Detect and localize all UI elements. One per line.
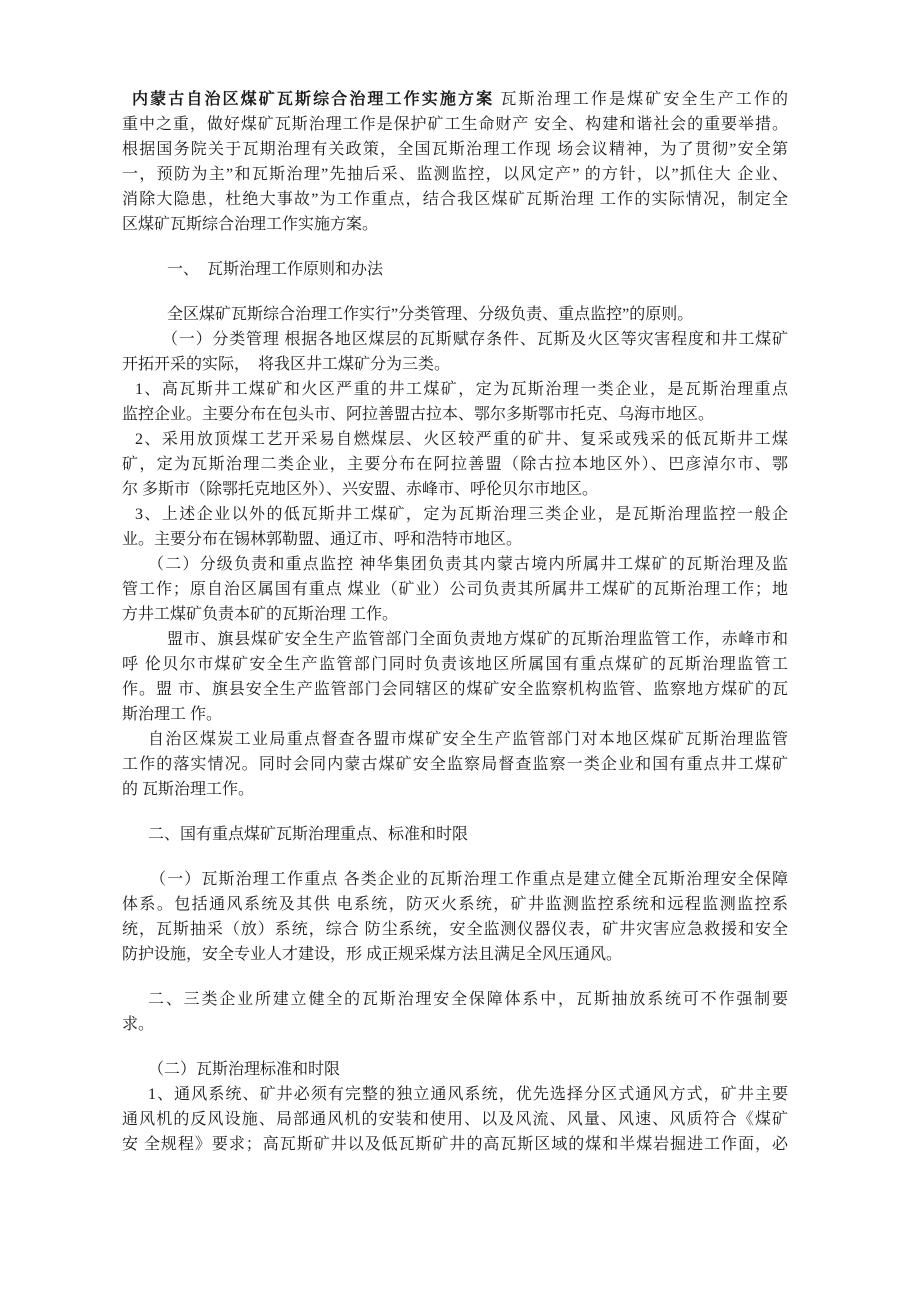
paragraph-coal-bureau: 自治区煤炭工业局重点督查各盟市煤矿安全生产监管部门对本地区煤矿瓦斯治理监管 工作… — [122, 727, 788, 802]
text-line: （二）分级负责和重点监控 神华集团负责其内蒙古境内所属井工煤矿的瓦斯治理及监 — [122, 552, 788, 577]
text-line: （一）分类管理 根据各地区煤层的瓦斯赋存条件、瓦斯及火区等灾害程度和井工煤矿 — [122, 327, 788, 352]
paragraph-ventilation: 1、通风系统、矿井必须有完整的独立通风系统，优先选择分区式通风方式，矿井主要 通… — [122, 1082, 788, 1157]
paragraph-class-2: 2、采用放顶煤工艺开采易自燃煤层、火区较严重的矿井、复采或残采的低瓦斯井工煤 矿… — [122, 427, 788, 502]
text-line: 开拓开采的实际， 将我区井工煤矿分为三类。 — [122, 352, 788, 377]
text-line: 3、上述企业以外的低瓦斯井工煤矿，定为瓦斯治理三类企业，是瓦斯治理监控一般企 — [122, 502, 788, 527]
paragraph-class3-exception: 二、三类企业所建立健全的瓦斯治理安全保障体系中，瓦斯抽放系统可不作强制要 求。 — [122, 987, 788, 1037]
paragraph-intro: 内蒙古自治区煤矿瓦斯综合治理工作实施方案 瓦斯治理工作是煤矿安全生产工作的 重中… — [122, 87, 788, 237]
title-line: 内蒙古自治区煤矿瓦斯综合治理工作实施方案 瓦斯治理工作是煤矿安全生产工作的 — [122, 87, 788, 112]
text-line: 斯治理工 作。 — [122, 702, 788, 727]
paragraph-class-1: 1、高瓦斯井工煤矿和火区严重的井工煤矿，定为瓦斯治理一类企业，是瓦斯治理重点 监… — [122, 377, 788, 427]
paragraph-principle: 全区煤矿瓦斯综合治理工作实行”分类管理、分级负责、重点监控”的原则。 — [122, 302, 788, 327]
document-body: 内蒙古自治区煤矿瓦斯综合治理工作实施方案 瓦斯治理工作是煤矿安全生产工作的 重中… — [122, 87, 788, 1157]
text-line: 统，瓦斯抽采（放）系统，综合 防尘系统，安全监测仪器仪表，矿井灾害应急救援和安全 — [122, 917, 788, 942]
text-line: 1、通风系统、矿井必须有完整的独立通风系统，优先选择分区式通风方式，矿井主要 — [122, 1082, 788, 1107]
text-line: 根据国务院关于瓦期治理有关政策，全国瓦斯治理工作现 场会议精神，为了贯彻”安全第 — [122, 137, 788, 162]
paragraph-responsibility: （二）分级负责和重点监控 神华集团负责其内蒙古境内所属井工煤矿的瓦斯治理及监 管… — [122, 552, 788, 627]
text-line: 防护设施，安全专业人才建设，形 成正规采煤方法且满足全风压通风。 — [122, 942, 788, 967]
text-line: 安 全规程》要求；高瓦斯矿井以及低瓦斯矿井的高瓦斯区域的煤和半煤岩掘进工作面，必 — [122, 1132, 788, 1157]
document-title: 内蒙古自治区煤矿瓦斯综合治理工作实施方案 — [132, 91, 494, 108]
heading-line: （二）瓦斯治理标准和时限 — [122, 1057, 788, 1082]
text-line: 二、三类企业所建立健全的瓦斯治理安全保障体系中，瓦斯抽放系统可不作强制要 — [122, 987, 788, 1012]
text-line: 体系。包括通风系统及其供 电系统，防灭火系统，矿井监测监控系统和远程监测监控系 — [122, 892, 788, 917]
document-page: 内蒙古自治区煤矿瓦斯综合治理工作实施方案 瓦斯治理工作是煤矿安全生产工作的 重中… — [0, 0, 920, 1302]
text-line: 自治区煤炭工业局重点督查各盟市煤矿安全生产监管部门对本地区煤矿瓦斯治理监管 — [122, 727, 788, 752]
text-line: 业。主要分布在锡林郭勒盟、通辽市、呼和浩特市地区。 — [122, 527, 788, 552]
text-line: 的 瓦斯治理工作。 — [122, 777, 788, 802]
text-line: 矿，定为瓦斯治理二类企业，主要分布在阿拉善盟（除古拉本地区外）、巴彦淖尔市、鄂 — [122, 452, 788, 477]
text-line: 监控企业。主要分布在包头市、阿拉善盟古拉本、鄂尔多斯鄂市托克、乌海市地区。 — [122, 402, 788, 427]
text-line: 作。盟 市、旗县安全生产监管部门会同辖区的煤矿安全监察机构监管、监察地方煤矿的瓦 — [122, 677, 788, 702]
text-line: 方井工煤矿负责本矿的瓦斯治理 工作。 — [122, 602, 788, 627]
text-line: 全区煤矿瓦斯综合治理工作实行”分类管理、分级负责、重点监控”的原则。 — [122, 302, 788, 327]
heading-section-1: 一、 瓦斯治理工作原则和办法 — [122, 257, 788, 282]
text-line: 2、采用放顶煤工艺开采易自燃煤层、火区较严重的矿井、复采或残采的低瓦斯井工煤 — [122, 427, 788, 452]
paragraph-work-focus: （一）瓦斯治理工作重点 各类企业的瓦斯治理工作重点是建立健全瓦斯治理安全保障 体… — [122, 867, 788, 967]
text-line: 盟市、旗县煤矿安全生产监管部门全面负责地方煤矿的瓦斯治理监管工作，赤峰市和 — [122, 627, 788, 652]
text-line: 尔 多斯市（除鄂托克地区外）、兴安盟、赤峰市、呼伦贝尔市地区。 — [122, 477, 788, 502]
text-line: 呼 伦贝尔市煤矿安全生产监管部门同时负责该地区所属国有重点煤矿的瓦斯治理监管工 — [122, 652, 788, 677]
heading-line: 二、国有重点煤矿瓦斯治理重点、标准和时限 — [122, 822, 788, 847]
text-line: （一）瓦斯治理工作重点 各类企业的瓦斯治理工作重点是建立健全瓦斯治理安全保障 — [122, 867, 788, 892]
title-line-rest: 瓦斯治理工作是煤矿安全生产工作的 — [494, 91, 788, 108]
text-line: 工作的落实情况。同时会同内蒙古煤矿安全监察局督查监察一类企业和国有重点井工煤矿 — [122, 752, 788, 777]
text-line: 1、高瓦斯井工煤矿和火区严重的井工煤矿，定为瓦斯治理一类企业，是瓦斯治理重点 — [122, 377, 788, 402]
text-line: 消除大隐患，杜绝大事故”为工作重点，结合我区煤矿瓦斯治理 工作的实际情况，制定全 — [122, 187, 788, 212]
heading-section-2: 二、国有重点煤矿瓦斯治理重点、标准和时限 — [122, 822, 788, 847]
text-line: 求。 — [122, 1012, 788, 1037]
text-line: 一，预防为主”和瓦斯治理”先抽后采、监测监控，以风定产” 的方针，以”抓住大 企… — [122, 162, 788, 187]
paragraph-class-3: 3、上述企业以外的低瓦斯井工煤矿，定为瓦斯治理三类企业，是瓦斯治理监控一般企 业… — [122, 502, 788, 552]
text-line: 管工作；原自治区属国有重点 煤业（矿业）公司负责其所属井工煤矿的瓦斯治理工作；地 — [122, 577, 788, 602]
heading-line: 一、 瓦斯治理工作原则和办法 — [122, 257, 788, 282]
paragraph-supervision: 盟市、旗县煤矿安全生产监管部门全面负责地方煤矿的瓦斯治理监管工作，赤峰市和 呼 … — [122, 627, 788, 727]
text-line: 区煤矿瓦斯综合治理工作实施方案。 — [122, 212, 788, 237]
heading-standards: （二）瓦斯治理标准和时限 — [122, 1057, 788, 1082]
text-line: 通风机的反风设施、局部通风机的安装和使用、以及风流、风量、风速、风质符合《煤矿 — [122, 1107, 788, 1132]
text-line: 重中之重，做好煤矿瓦斯治理工作是保护矿工生命财产 安全、构建和谐社会的重要举措。 — [122, 112, 788, 137]
paragraph-classification: （一）分类管理 根据各地区煤层的瓦斯赋存条件、瓦斯及火区等灾害程度和井工煤矿 开… — [122, 327, 788, 377]
